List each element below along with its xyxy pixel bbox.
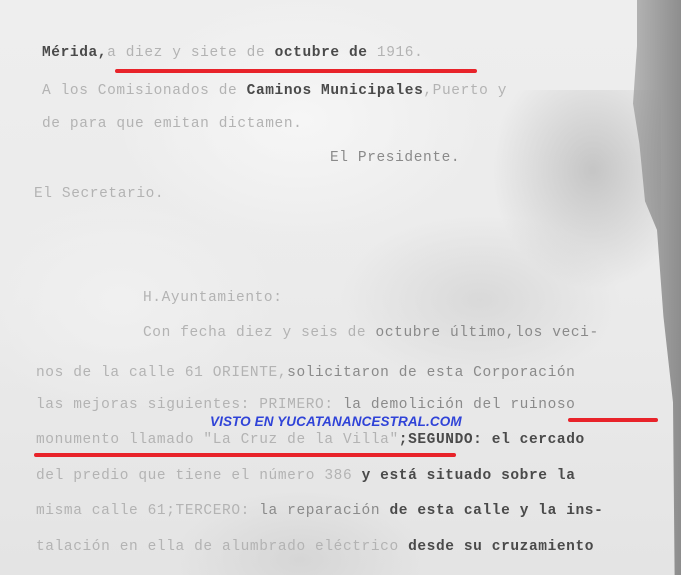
text-segment: y está situado sobre la — [362, 468, 576, 484]
text-line-president: El Presidente. — [330, 150, 460, 166]
text-segment: la reparación — [259, 503, 389, 519]
text-segment: H.Ayuntamiento: — [143, 290, 283, 306]
text-segment: de esta calle y la ins- — [389, 503, 603, 519]
text-line-body-7: talación en ella de alumbrado eléctrico … — [36, 539, 594, 555]
text-line-secretary: El Secretario. — [34, 186, 164, 202]
text-segment: del predio que tiene el número 386 — [36, 468, 362, 484]
paper-stain — [491, 90, 661, 290]
text-segment: Caminos Municipales — [247, 83, 424, 99]
red-underline-ruinoso — [568, 418, 658, 422]
watermark-text: VISTO EN YUCATANANCESTRAL.COM — [210, 414, 462, 429]
text-line-body-3: las mejoras siguientes: PRIMERO: la demo… — [36, 397, 576, 413]
text-segment: El Secretario. — [34, 186, 164, 202]
text-segment: octubre de — [275, 45, 377, 61]
text-line-body-4: monumento llamado "La Cruz de la Villa";… — [36, 432, 585, 448]
text-segment: la demolición del ruinoso — [343, 397, 576, 413]
text-segment: de para que emitan dictamen. — [42, 116, 302, 132]
text-segment: talación en ella de alumbrado eléctrico — [36, 539, 408, 555]
text-line-recipients: A los Comisionados de Caminos Municipale… — [42, 83, 507, 99]
text-line-body-2: nos de la calle 61 ORIENTE,solicitaron d… — [36, 365, 575, 381]
text-segment: A los Comisionados de — [42, 83, 247, 99]
red-underline-monumento — [34, 453, 456, 457]
text-segment: a diez y siete de — [107, 45, 274, 61]
text-line-salutation: H.Ayuntamiento: — [143, 290, 283, 306]
text-segment: solicitaron de esta Corporación — [287, 365, 575, 381]
text-segment: las mejoras siguientes: PRIMERO: — [36, 397, 343, 413]
text-line-body-5: del predio que tiene el número 386 y est… — [36, 468, 576, 484]
text-segment: nos de la calle 61 ORIENTE, — [36, 365, 287, 381]
text-line-date: Mérida,a diez y siete de octubre de 1916… — [42, 45, 423, 61]
red-underline-date — [115, 69, 477, 73]
text-segment: octubre último,los veci- — [376, 325, 599, 341]
text-line-recipients-cont: de para que emitan dictamen. — [42, 116, 302, 132]
text-line-body-1: Con fecha diez y seis de octubre último,… — [143, 325, 599, 341]
text-segment: Con fecha diez y seis de — [143, 325, 376, 341]
text-segment: ;SEGUNDO: el cercado — [399, 432, 585, 448]
text-segment: monumento llamado "La Cruz de la Villa" — [36, 432, 399, 448]
text-line-body-6: misma calle 61;TERCERO: la reparación de… — [36, 503, 603, 519]
text-segment: Mérida, — [42, 45, 107, 61]
text-segment: misma calle 61;TERCERO: — [36, 503, 259, 519]
text-segment: 1916. — [377, 45, 424, 61]
text-segment: El Presidente. — [330, 150, 460, 166]
text-segment: ,Puerto y — [423, 83, 507, 99]
text-segment: desde su cruzamiento — [408, 539, 594, 555]
